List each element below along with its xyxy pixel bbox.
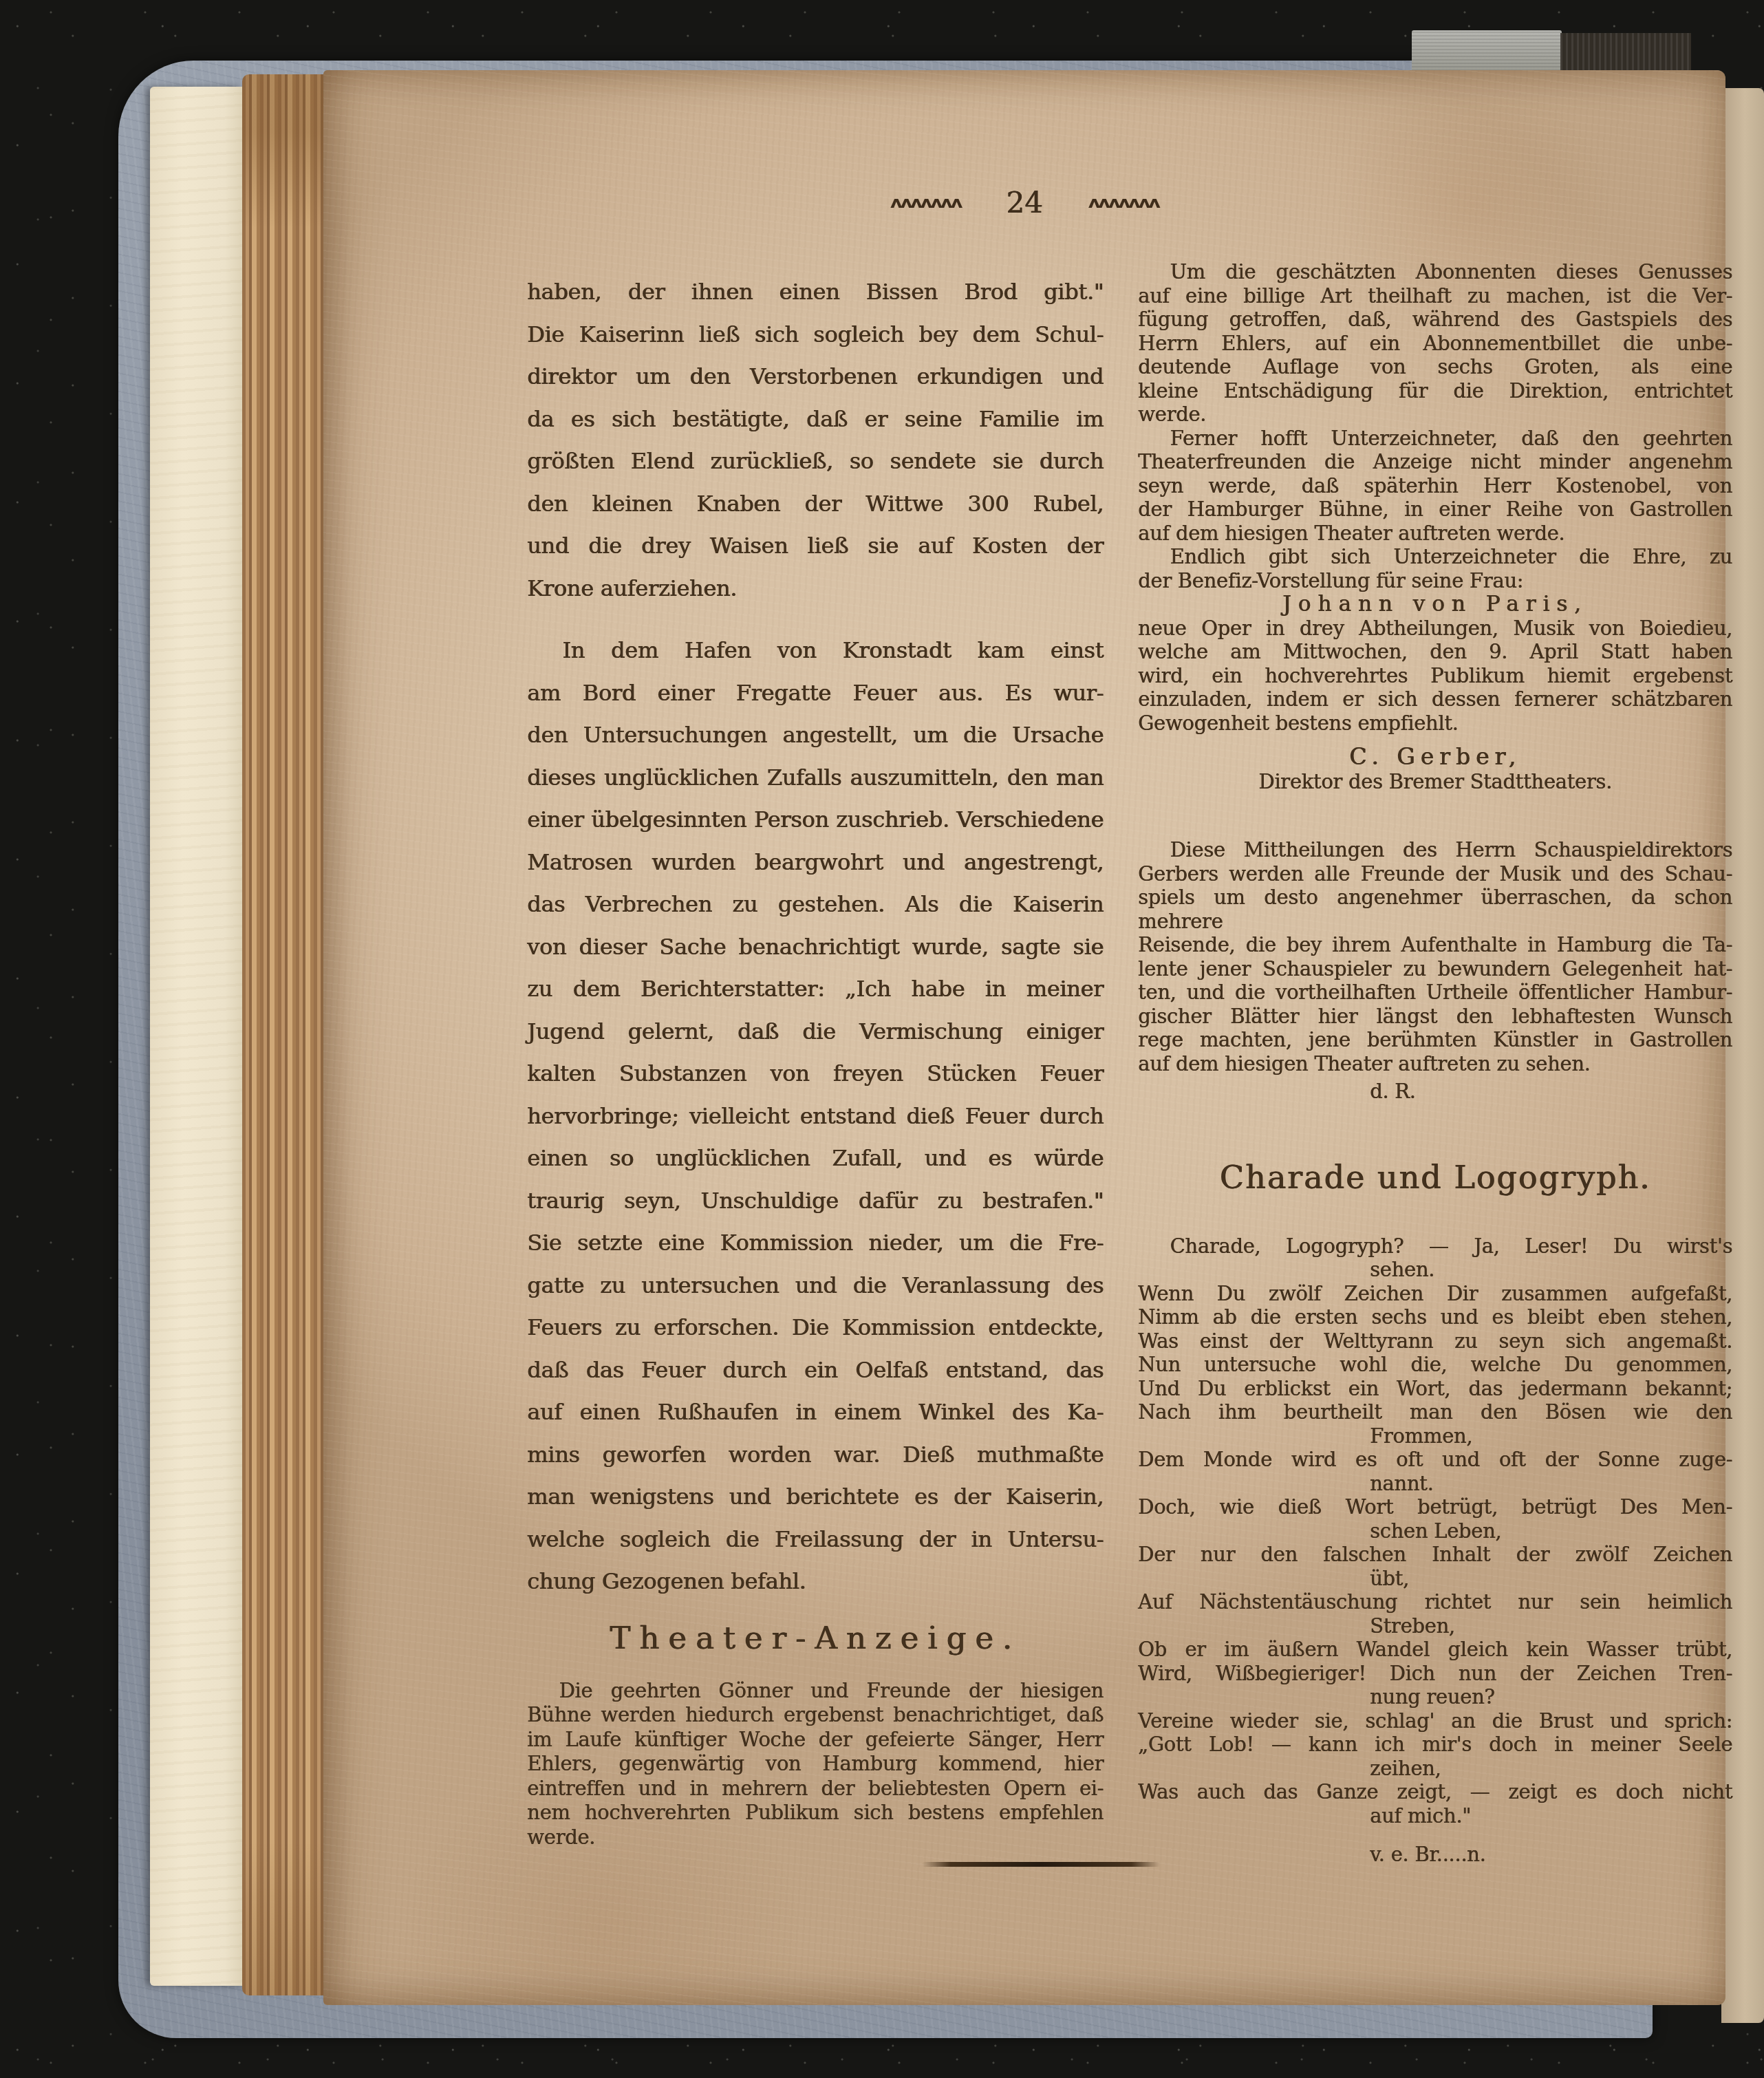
interleaf-page-edge bbox=[150, 87, 244, 1986]
text-line: Und Du erblickst ein Wort, das jedermann… bbox=[1138, 1377, 1732, 1401]
text-line: Endlich gibt sich Unterzeichneter die Eh… bbox=[1138, 545, 1732, 569]
page-stack-gutter bbox=[242, 74, 326, 1995]
text-line: rege machten, jene berühmten Künstler in… bbox=[1138, 1028, 1732, 1052]
text-line: Matrosen wurden beargwohrt und angestren… bbox=[527, 842, 1104, 884]
text-line: chung Gezogenen befahl. bbox=[527, 1561, 1104, 1603]
kronstadt-paragraph: In dem Hafen von Kronstadt kam einstam B… bbox=[527, 630, 1104, 1603]
signature-title: Direktor des Bremer Stadttheaters. bbox=[1138, 769, 1732, 794]
endlich-paragraph: Endlich gibt sich Unterzeichneter die Eh… bbox=[1138, 545, 1732, 735]
kaiserinn-paragraph: haben, der ihnen einen Bissen Brod gibt.… bbox=[527, 271, 1104, 610]
text-line: kleine Entschädigung für die Direktion, … bbox=[1138, 379, 1732, 403]
text-line: traurig seyn, Unschuldige dafür zu bestr… bbox=[527, 1180, 1104, 1223]
text-line: Feuers zu erforschen. Die Kommission ent… bbox=[527, 1307, 1104, 1349]
text-line: „Gott Lob! — kann ich mir's doch in mein… bbox=[1138, 1733, 1732, 1757]
text-line: Herrn Ehlers, auf ein Abonnementbillet d… bbox=[1138, 332, 1732, 356]
ferner-paragraph: Ferner hofft Unterzeichneter, daß den ge… bbox=[1138, 427, 1732, 546]
text-line: Ehlers, gegenwärtig von Hamburg kommend,… bbox=[527, 1752, 1104, 1777]
text-line: Ob er im äußern Wandel gleich kein Wasse… bbox=[1138, 1638, 1732, 1662]
mittheilungen-paragraph: Diese Mittheilungen des Herrn Schauspiel… bbox=[1138, 838, 1732, 1075]
text-line: auf einen Rußhaufen in einem Winkel des … bbox=[527, 1391, 1104, 1434]
text-line: direktor um den Verstorbenen erkundigen … bbox=[527, 356, 1104, 398]
text-line: Um die geschätzten Abonnenten dieses Gen… bbox=[1138, 260, 1732, 284]
text-line: Charade, Logogryph? — Ja, Leser! Du wirs… bbox=[1138, 1234, 1732, 1258]
text-line: Jugend gelernt, daß die Vermischung eini… bbox=[527, 1011, 1104, 1053]
text-line: Ferner hofft Unterzeichneter, daß den ge… bbox=[1138, 427, 1732, 451]
page-number: 24 bbox=[1006, 186, 1042, 219]
text-line: Wenn Du zwölf Zeichen Dir zusammen aufge… bbox=[1138, 1282, 1732, 1306]
left-column: haben, der ihnen einen Bissen Brod gibt.… bbox=[527, 271, 1104, 1850]
page-header: ʌʌʌʌʌʌʌ 24 ʌʌʌʌʌʌʌ bbox=[323, 186, 1725, 219]
text-line: einer übelgesinnten Person zuschrieb. Ve… bbox=[527, 799, 1104, 842]
text-line: im Laufe künftiger Woche der gefeierte S… bbox=[527, 1728, 1104, 1753]
charade-heading: Charade und Logogryph. bbox=[1138, 1152, 1732, 1203]
text-line: Frommen, bbox=[1370, 1424, 1732, 1448]
text-line: hervorbringe; vielleicht entstand dieß F… bbox=[527, 1095, 1104, 1138]
text-line: den kleinen Knaben der Wittwe 300 Rubel, bbox=[527, 483, 1104, 526]
text-line: Krone auferziehen. bbox=[527, 568, 1104, 610]
text-line: Gerbers werden alle Freunde der Musik un… bbox=[1138, 862, 1732, 886]
text-line: gischer Blätter hier längst den lebhafte… bbox=[1138, 1005, 1732, 1029]
text-line: der Hamburger Bühne, in einer Reihe von … bbox=[1138, 497, 1732, 522]
text-line: Reisende, die bey ihrem Aufenthalte in H… bbox=[1138, 933, 1732, 957]
text-line: größten Elend zurückließ, so sendete sie… bbox=[527, 440, 1104, 483]
signature-block: C. Gerber, Direktor des Bremer Stadtthea… bbox=[1138, 745, 1732, 794]
text-line: werde. bbox=[1138, 403, 1732, 427]
text-line: Bühne werden hiedurch ergebenst benachri… bbox=[527, 1703, 1104, 1728]
text-line: spiels um desto angenehmer überraschen, … bbox=[1138, 886, 1732, 933]
text-line: den Untersuchungen angestellt, um die Ur… bbox=[527, 714, 1104, 757]
text-line: nannt. bbox=[1370, 1472, 1732, 1496]
text-line: wird, ein hochverehrtes Publikum hiemit … bbox=[1138, 664, 1732, 688]
text-line: mins geworfen worden war. Dieß muthmaßte bbox=[527, 1434, 1104, 1477]
theater-notice-paragraph: Die geehrten Gönner und Freunde der hies… bbox=[527, 1679, 1104, 1850]
header-ornament-right: ʌʌʌʌʌʌʌ bbox=[1088, 193, 1159, 211]
text-line: Streben, bbox=[1370, 1614, 1732, 1638]
charade-poem: Charade, Logogryph? — Ja, Leser! Du wirs… bbox=[1138, 1234, 1732, 1828]
fabric-tab bbox=[1412, 30, 1562, 74]
text-line: Was einst der Welttyrann zu seyn sich an… bbox=[1138, 1329, 1732, 1353]
text-line: da es sich bestätigte, daß er seine Fami… bbox=[527, 398, 1104, 441]
text-line: welche sogleich die Freilassung der in U… bbox=[527, 1519, 1104, 1561]
text-line: auf dem hiesigen Theater auftreten werde… bbox=[1138, 522, 1732, 546]
text-line: Diese Mittheilungen des Herrn Schauspiel… bbox=[1138, 838, 1732, 862]
text-line: der Benefiz-Vorstellung für seine Frau: bbox=[1138, 569, 1732, 593]
book-page: ʌʌʌʌʌʌʌ 24 ʌʌʌʌʌʌʌ haben, der ihnen eine… bbox=[323, 70, 1725, 2005]
abonnenten-paragraph: Um die geschätzten Abonnenten dieses Gen… bbox=[1138, 260, 1732, 427]
text-line: kalten Substanzen von freyen Stücken Feu… bbox=[527, 1053, 1104, 1095]
text-line: einzuladen, indem er sich dessen fernere… bbox=[1138, 687, 1732, 711]
text-line: Doch, wie dieß Wort betrügt, betrügt Des… bbox=[1138, 1495, 1732, 1519]
text-line: Gewogenheit bestens empfiehlt. bbox=[1138, 711, 1732, 736]
text-line: schen Leben, bbox=[1370, 1519, 1732, 1543]
text-line: Die geehrten Gönner und Freunde der hies… bbox=[527, 1679, 1104, 1704]
text-line: daß das Feuer durch ein Oelfaß entstand,… bbox=[527, 1349, 1104, 1392]
binding-strip bbox=[1560, 33, 1691, 76]
text-line: Vereine wieder sie, schlag' an die Brust… bbox=[1138, 1709, 1732, 1733]
text-line: am Bord einer Fregatte Feuer aus. Es wur… bbox=[527, 672, 1104, 715]
text-line: fügung getroffen, daß, während des Gasts… bbox=[1138, 308, 1732, 332]
text-line: seyn werde, daß späterhin Herr Kostenobe… bbox=[1138, 474, 1732, 498]
text-line: nung reuen? bbox=[1370, 1685, 1732, 1709]
text-line: Nach ihm beurtheilt man den Bösen wie de… bbox=[1138, 1400, 1732, 1424]
text-line: neue Oper in drey Abtheilungen, Musik vo… bbox=[1138, 617, 1732, 641]
text-line: und die drey Waisen ließ sie auf Kosten … bbox=[527, 525, 1104, 568]
text-line: einen so unglücklichen Zufall, und es wü… bbox=[527, 1137, 1104, 1180]
text-line: dieses unglücklichen Zufalls auszumittel… bbox=[527, 757, 1104, 800]
text-line: Nun untersuche wohl die, welche Du genom… bbox=[1138, 1353, 1732, 1377]
text-line: eintreffen und in mehrern der beliebtest… bbox=[527, 1777, 1104, 1801]
right-column: Um die geschätzten Abonnenten dieses Gen… bbox=[1138, 260, 1732, 1867]
text-line: deutende Auflage von sechs Groten, als e… bbox=[1138, 355, 1732, 379]
text-line: das Verbrechen zu gestehen. Als die Kais… bbox=[527, 883, 1104, 926]
divider-rule bbox=[922, 1862, 1160, 1867]
text-line: Auf Nächstentäuschung richtet nur sein h… bbox=[1138, 1590, 1732, 1614]
header-ornament-left: ʌʌʌʌʌʌʌ bbox=[890, 193, 960, 211]
text-line: haben, der ihnen einen Bissen Brod gibt.… bbox=[527, 271, 1104, 314]
text-line: Wird, Wißbegieriger! Dich nun der Zeiche… bbox=[1138, 1662, 1732, 1686]
text-line: Sie setzte eine Kommission nieder, um di… bbox=[527, 1222, 1104, 1265]
text-line: zu dem Berichterstatter: „Ich habe in me… bbox=[527, 968, 1104, 1011]
text-line: Der nur den falschen Inhalt der zwölf Ze… bbox=[1138, 1543, 1732, 1567]
text-line: gatte zu untersuchen und die Veranlassun… bbox=[527, 1265, 1104, 1307]
text-line: werde. bbox=[527, 1825, 1104, 1850]
theater-anzeige-heading: Theater-Anzeige. bbox=[527, 1614, 1104, 1662]
text-line: welche am Mittwochen, den 9. April Statt… bbox=[1138, 640, 1732, 664]
text-line: sehen. bbox=[1370, 1258, 1732, 1282]
text-line: Was auch das Ganze zeigt, — zeigt es doc… bbox=[1138, 1780, 1732, 1804]
text-line: Johann von Paris, bbox=[1138, 592, 1732, 617]
text-line: übt, bbox=[1370, 1567, 1732, 1591]
signature-name: C. Gerber, bbox=[1138, 745, 1732, 769]
editor-initials: d. R. bbox=[1370, 1080, 1732, 1104]
text-line: auf eine billige Art theilhaft zu machen… bbox=[1138, 284, 1732, 308]
text-line: Theaterfreunden die Anzeige nicht minder… bbox=[1138, 450, 1732, 474]
text-line: auf dem hiesigen Theater auftreten zu se… bbox=[1138, 1052, 1732, 1076]
text-line: Die Kaiserinn ließ sich sogleich bey dem… bbox=[527, 314, 1104, 356]
text-line: Dem Monde wird es oft und oft der Sonne … bbox=[1138, 1448, 1732, 1472]
text-line: In dem Hafen von Kronstadt kam einst bbox=[527, 630, 1104, 672]
text-line: von dieser Sache benachrichtigt wurde, s… bbox=[527, 926, 1104, 969]
text-line: man wenigstens und berichtete es der Kai… bbox=[527, 1476, 1104, 1519]
text-line: auf mich." bbox=[1370, 1804, 1732, 1828]
text-line: zeihen, bbox=[1370, 1757, 1732, 1781]
text-line: Nimm ab die ersten sechs und es bleibt e… bbox=[1138, 1305, 1732, 1329]
poem-signature: v. e. Br.....n. bbox=[1370, 1843, 1732, 1867]
text-line: ten, und die vortheilhaften Urtheile öff… bbox=[1138, 981, 1732, 1005]
text-line: lente jener Schauspieler zu bewundern Ge… bbox=[1138, 957, 1732, 981]
text-line: nem hochverehrten Publikum sich bestens … bbox=[527, 1801, 1104, 1825]
